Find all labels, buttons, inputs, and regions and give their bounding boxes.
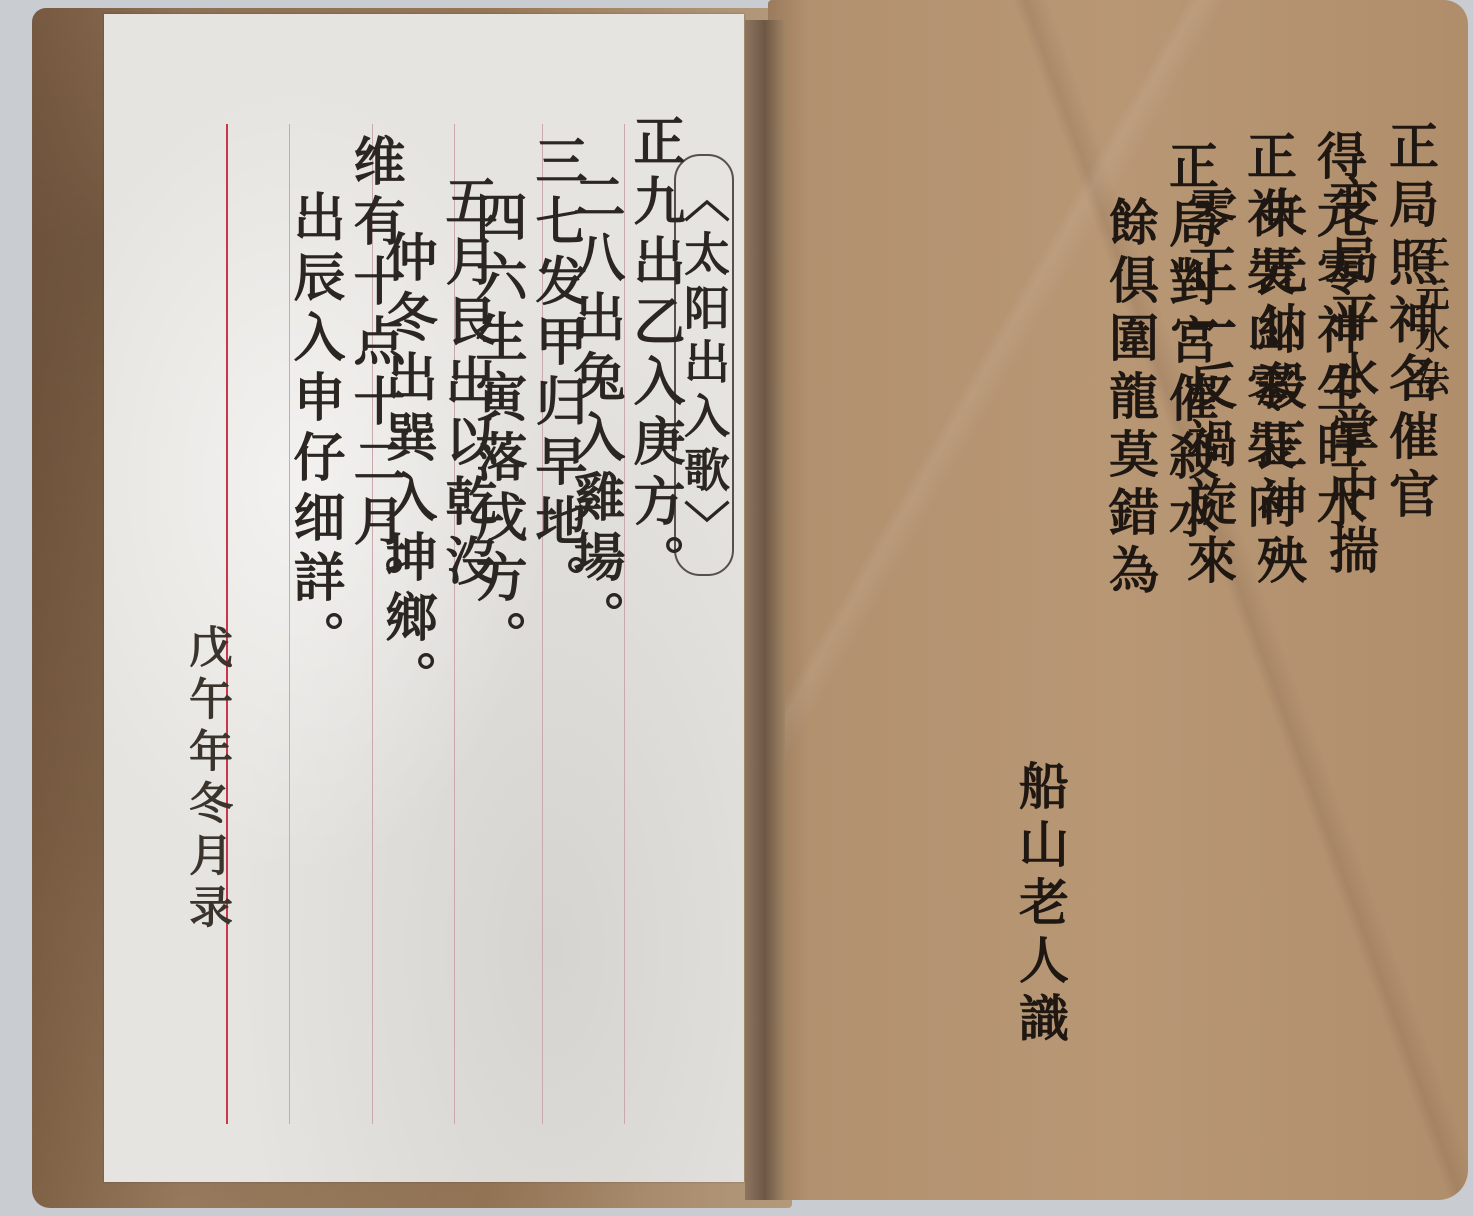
verse-line: 五月艮出以乾沒 [436,174,496,710]
verse-line: 正局照神名催官 [1380,120,1440,582]
verse-column-4: 维有十点十二月。 出辰入申仔细詳。 [284,134,404,670]
signature: 船山老人識 [1010,760,1070,1050]
left-paper-sheet: 〈太阳出入歌〉 正九出乙入庚方。 二八出兔入雞場。 三七发甲归早地。 四六生寅落… [104,14,744,1182]
verse-column-r4: 正局對宮催殺水 餘俱圍龍莫錯為 [1100,140,1220,602]
date-note: 戊午年冬月录 [174,624,238,936]
verse-line: 得元零神生旺水 [1308,130,1368,592]
verse-line: 正九出乙入庚方。 [624,114,684,650]
book-spine [745,20,785,1200]
verse-line: 正神裝山零裝向 [1238,130,1298,592]
verse-line: 正局對宮催殺水 [1160,140,1220,602]
verse-line: 三七发甲归早地。 [526,134,586,670]
verse-line: 出辰入申仔细詳。 [284,190,344,670]
verse-line: 餘俱圍龍莫錯為 [1100,196,1160,602]
verse-line: 维有十点十二月。 [344,134,404,670]
